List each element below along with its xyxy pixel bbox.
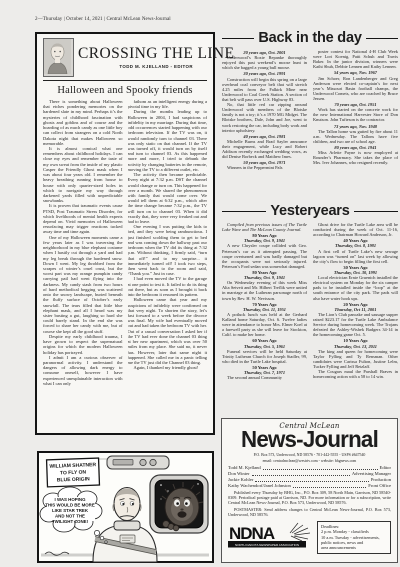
svg-text:TO FLY ON: TO FLY ON: [60, 469, 87, 476]
yesteryears-column-1: Compiled from previous issues of The Tur…: [222, 222, 307, 387]
article-paragraph: During the months leading up to Hallowee…: [128, 109, 208, 172]
article-paragraph: It is almost comical what one remembers …: [43, 146, 123, 203]
entry-text: Winners in the Peppermint Pals: [222, 165, 307, 170]
staff-name: Kathy Wachendorf/Janel Johnston: [228, 483, 291, 489]
dotted-leader: [263, 469, 378, 470]
divider-rule: [222, 211, 266, 212]
entry-text: Local electrician Ernie Gruenich install…: [313, 275, 398, 301]
svg-text:TWILIGHT ZONE!: TWILIGHT ZONE!: [52, 519, 89, 524]
svg-text:I WAS HOPING: I WAS HOPING: [55, 497, 87, 502]
yesteryears-column-2: Ghost drive for the Turtle Lake area wil…: [313, 222, 398, 387]
article-paragraph: There is something about Halloween that …: [43, 99, 123, 146]
staff-row: Kathy Wachendorf/Janel Johnston Front Of…: [228, 483, 391, 489]
article-paragraph: One evening I was putting the kids to be…: [128, 224, 208, 276]
yesteryears-intro: Compiled from previous issues of The Tur…: [222, 222, 307, 232]
entry-text: A new Chrysler coupe collided with Geo. …: [222, 243, 307, 269]
column-header: CROSSING THE LINE TODD M. KJELLAND - EDI…: [43, 38, 207, 81]
ndna-logo-graphic: NDNA NORTH DAKOTA NEWSPAPER ASSOCIATION: [228, 521, 312, 549]
entry-text: Work has started on the concrete work fo…: [313, 107, 398, 122]
entry-text: On Wednesday evening of this week Miss A…: [222, 280, 307, 300]
article-paragraph: The activity then became predictable. Ev…: [128, 172, 208, 224]
article-paragraph: It is proven that traumatic events cause…: [43, 203, 123, 234]
masthead-contact: email: centralmclean@westriv.com - websi…: [228, 459, 391, 463]
article-paragraph: One of my Halloween moments came a few y…: [43, 235, 123, 334]
article-headline: Halloween and Spooky friends: [43, 85, 207, 96]
article-body: There is something about Halloween that …: [43, 99, 207, 429]
entry-text: Construction will begin this spring on a…: [222, 77, 307, 103]
cartoon-sign: WILLIAM SHATNER TO FLY ON BLUE ORIGIN: [47, 458, 100, 487]
capsule-console: [107, 456, 169, 469]
deadlines-box: Deadlines: 2 p.m. Monday - classifieds 1…: [317, 521, 391, 554]
entry-text: The king and queen for homecoming were T…: [313, 349, 398, 369]
page-folio: 2—Thursday | October 14, 2021 | Central …: [35, 17, 395, 22]
entry-text: The Cougars maul the Parshall Braves in …: [313, 369, 398, 379]
article-column-1: There is something about Halloween that …: [43, 99, 123, 429]
ndna-logo: NDNA NORTH DAKOTA NEWSPAPER ASSOCIATION: [228, 521, 312, 554]
masthead-box: Central McLean News-Journal P.O. Box 573…: [221, 418, 398, 563]
divider-rule: [366, 38, 398, 39]
column-byline: TODD M. KJELLAND - EDITOR: [78, 64, 234, 69]
svg-text:AND NOT THE: AND NOT THE: [55, 514, 85, 519]
cartoon-illustration: WILLIAM SHATNER TO FLY ON BLUE ORIGIN: [37, 451, 214, 563]
dotted-leader: [255, 481, 368, 482]
entry-text: The Tallon home was gutted by fire about…: [313, 129, 398, 144]
masthead-brand: News-Journal: [230, 428, 388, 451]
column-kicker: CROSSING THE LINE: [78, 46, 234, 62]
editor-photo: [43, 38, 74, 77]
back-in-the-day-section: Back in the day 20 years ago, Oct. 2001 …: [222, 30, 398, 192]
divider-rule: [354, 211, 398, 212]
svg-text:THIS WOULD BE MORE: THIS WOULD BE MORE: [45, 503, 95, 508]
masthead-address: P.O. Box 573, Underwood, ND 58576 - 701-…: [228, 453, 391, 457]
masthead-staff-list: Todd M. Kjelland Editor Don Winter Adver…: [228, 465, 391, 490]
entry-text: No, that little red car zipping around U…: [222, 102, 307, 133]
entry-text: A potluck lunch was held at the Gerhard …: [222, 312, 307, 338]
entry-text: The Lion’s Club pancake and sausage supp…: [313, 312, 398, 338]
svg-text:LIKE STAR TREK: LIKE STAR TREK: [52, 508, 89, 513]
back-in-the-day-column-2: poster contest for National 4-H Club Wee…: [313, 49, 398, 192]
entry-text: poster contest for National 4-H Club Wee…: [313, 49, 398, 69]
svg-text:NDNA: NDNA: [229, 524, 275, 543]
entry-text: Ghost drive for the Turtle Lake area wil…: [313, 222, 398, 237]
article-paragraph: Again, I thanked my friendly ghost!: [128, 365, 208, 370]
article-paragraph: I admit I am a curious observer of paran…: [43, 355, 123, 386]
entry-text: Funeral services will be held Saturday a…: [222, 349, 307, 364]
yesteryears-title: Yesteryears: [270, 203, 349, 219]
crossing-the-line-box: CROSSING THE LINE TODD M. KJELLAND - EDI…: [35, 32, 215, 435]
editor-portrait-illustration: [44, 39, 71, 74]
yesteryears-section: Yesteryears Compiled from previous issue…: [222, 203, 398, 387]
dotted-leader: [293, 487, 366, 488]
publication-info: Published every Thursday by BHG, Inc., P…: [228, 491, 391, 506]
editorial-cartoon: WILLIAM SHATNER TO FLY ON BLUE ORIGIN: [37, 451, 214, 563]
svg-text:BLUE ORIGIN: BLUE ORIGIN: [57, 476, 90, 483]
deadline-line: area announcements: [321, 545, 387, 550]
back-in-the-day-column-1: 20 years ago, Oct. 2001 Underwood’s Roxi…: [222, 49, 307, 192]
staff-role: Front Office: [368, 483, 391, 489]
entry-text: Miss Arlette Payne is now employed at Ro…: [313, 150, 398, 165]
entry-text: A first cell of Turtle Lake’s new sewage…: [313, 249, 398, 264]
dotted-leader: [252, 475, 350, 476]
article-paragraph: Despite my early childhood trauma, I hav…: [43, 334, 123, 355]
entry-text: The second annual Community: [222, 375, 307, 380]
entry-text: Jim Schoer, Ron Landenberger and Greg An…: [313, 76, 398, 102]
postmaster-info: POSTMASTER: Send address changes to Cent…: [228, 508, 391, 518]
entry-text: Michelle Burns and Brad Sayler announce …: [222, 139, 307, 159]
article-paragraph: I had even moved the TV to the garage at…: [128, 276, 208, 297]
back-in-the-day-title: Back in the day: [258, 30, 361, 46]
window-creature: [150, 475, 208, 533]
svg-text:NORTH DAKOTA NEWSPAPER ASSOCIA: NORTH DAKOTA NEWSPAPER ASSOCIATION: [235, 543, 299, 547]
entry-text: Underwood’s Roxie Repanke thoroughly enj…: [222, 55, 307, 70]
article-column-2: fathom as an intelligent energy during a…: [128, 99, 208, 429]
divider-rule: [222, 38, 254, 39]
article-paragraph: fathom as an intelligent energy during a…: [128, 99, 208, 109]
article-paragraph: Halloween came that year and my suspicio…: [128, 297, 208, 365]
